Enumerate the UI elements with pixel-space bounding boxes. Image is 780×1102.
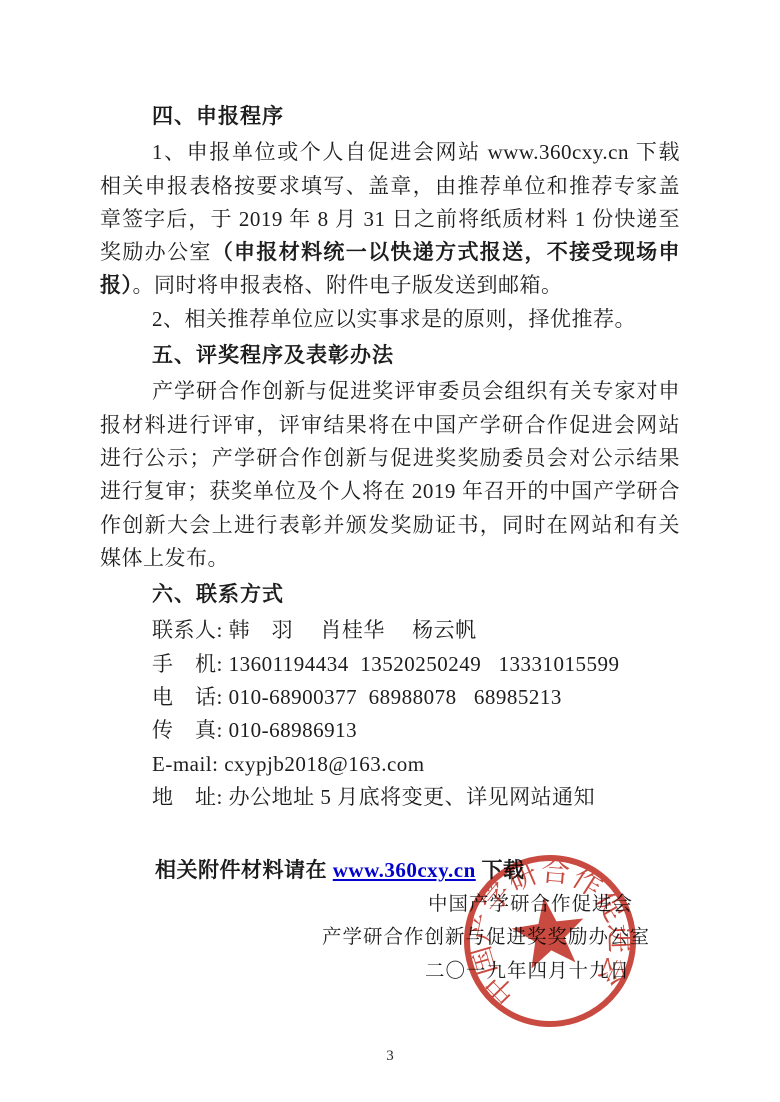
attachment-prefix: 相关附件材料请在 — [155, 858, 333, 882]
section4-heading: 四、申报程序 — [100, 100, 680, 133]
contact-phone-row: 电 话: 010-68900377 68988078 68985213 — [100, 681, 680, 714]
page-number: 3 — [0, 1048, 780, 1065]
section4-paragraph2: 2、相关推荐单位应以实事求是的原则，择优推荐。 — [100, 303, 680, 336]
contact-address-row: 地 址: 办公地址 5 月底将变更、详见网站通知 — [100, 781, 680, 814]
attachment-download-link[interactable]: www.360cxy.cn — [333, 858, 476, 882]
section4-paragraph1: 1、申报单位或个人自促进会网站 www.360cxy.cn 下载相关申报表格按要… — [100, 136, 680, 302]
document-body: 四、申报程序 1、申报单位或个人自促进会网站 www.360cxy.cn 下载相… — [100, 97, 680, 888]
contact-mobile-row: 手 机: 13601194434 13520250249 13331015599 — [100, 648, 680, 681]
contact-fax-row: 传 真: 010-68986913 — [100, 714, 680, 747]
attachment-suffix: 下载 — [476, 858, 525, 882]
contact-email-row: E-mail: cxypjb2018@163.com — [100, 748, 680, 781]
contact-person-row: 联系人: 韩 羽 肖桂华 杨云帆 — [100, 614, 680, 647]
attachment-note: 相关附件材料请在 www.360cxy.cn 下载 — [100, 854, 680, 887]
section5-heading: 五、评奖程序及表彰办法 — [100, 339, 680, 372]
signature-office-name: 产学研合作创新与促进奖奖励办公室 — [0, 921, 780, 954]
para1-trailing-text: 。同时将申报表格、附件电子版发送到邮箱。 — [133, 273, 563, 297]
section6-heading: 六、联系方式 — [100, 578, 680, 611]
signature-org-name: 中国产学研合作促进会 — [0, 888, 780, 921]
signature-date: 二〇一九年四月十九日 — [0, 955, 780, 988]
section5-paragraph: 产学研合作创新与促进奖评审委员会组织有关专家对申报材料进行评审，评审结果将在中国… — [100, 375, 680, 575]
document-page: 四、申报程序 1、申报单位或个人自促进会网站 www.360cxy.cn 下载相… — [0, 0, 780, 1102]
